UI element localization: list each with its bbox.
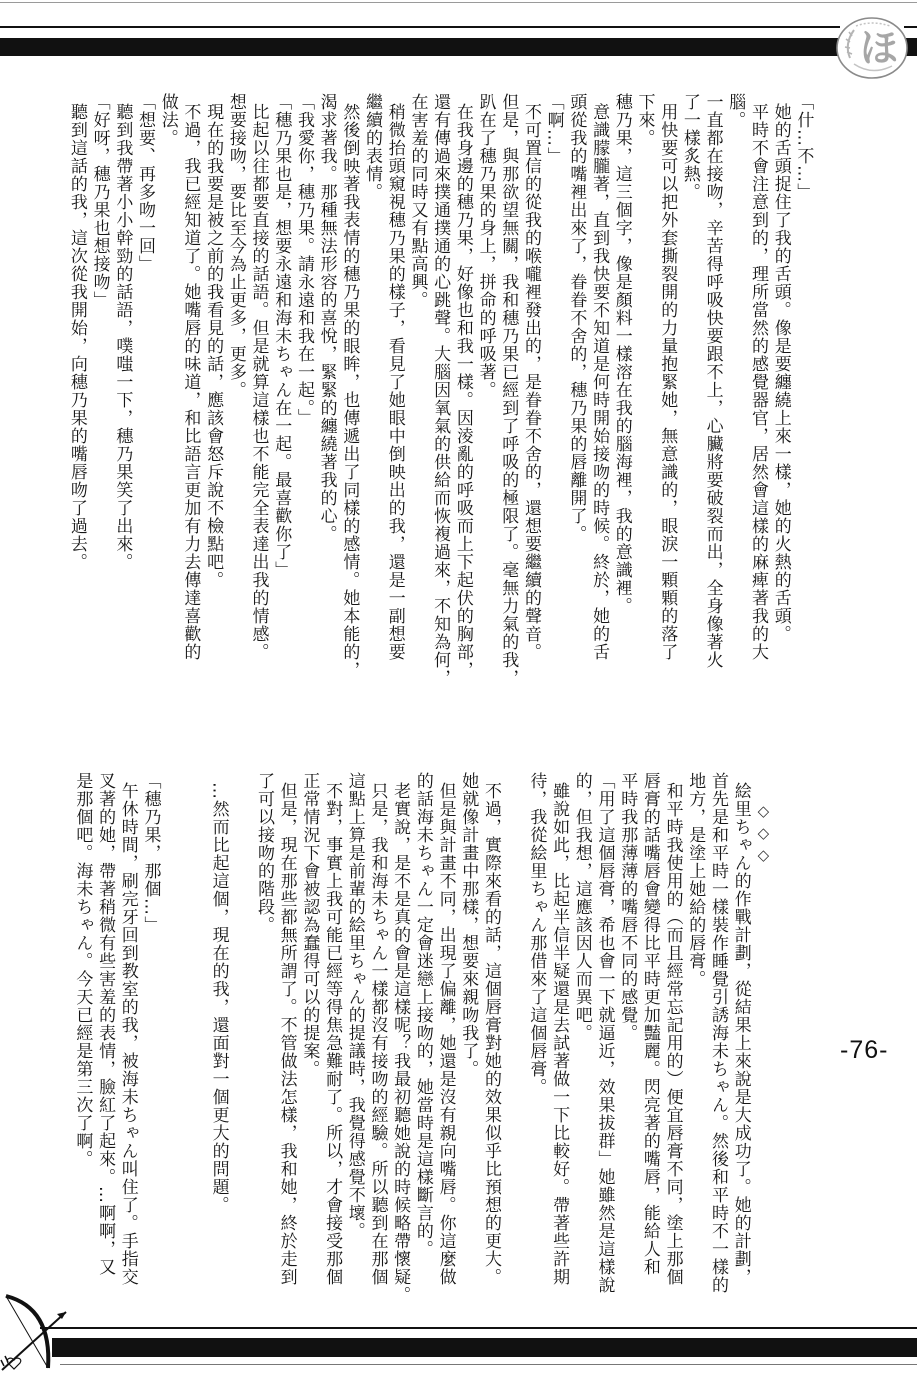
text-line: 聽到這話的我，這次從我開始，向穗乃果的嘴唇吻了過去。 <box>65 93 88 733</box>
text-line: 只是，我和海未ちゃん一樣都沒有接吻的經驗。所以聽到在那個 <box>366 772 389 1312</box>
text-line: 正常情況下會被認為蠢得可以的提案。 <box>298 772 321 1312</box>
chapter-badge: ほ <box>834 14 910 82</box>
text-line: 她就像計畫中那樣，想要來親吻我了。 <box>457 772 480 1312</box>
text-line: 叉著的她，帶著稍微有些害羞的表情，臉紅了起來。…啊啊，又 <box>93 772 116 1312</box>
text-line: 平時不會注意到的，理所當然的感覺器官，居然會這樣的麻痺著我的大 <box>746 93 769 733</box>
text-line: 在我身邊的穗乃果，好像也和我一樣。因淩亂的呼吸而上下起伏的胸部， <box>451 93 474 733</box>
text-line: 比起以往都要直接的話語。但是就算這樣也不能完全表達出我的情感。 <box>247 93 270 733</box>
text-line: 了可以接吻的階段。 <box>252 772 275 1312</box>
text-line: 和平時我使用的（而且經常忘記用的）便宜唇膏不同，塗上那個 <box>661 772 684 1312</box>
blank-line <box>502 772 525 1312</box>
text-line: 在害羞的同時又有點高興。 <box>406 93 429 733</box>
text-line: 現在的我要是被之前的我看見的話，應該會怒斥說不檢點吧。 <box>201 93 224 733</box>
text-line: 「想要、再多吻一回」 <box>133 93 156 733</box>
text-line: 做法。 <box>156 93 179 733</box>
text-line: 聽到我帶著小小幹勁的話語，噗嗤一下，穗乃果笑了出來。 <box>111 93 134 733</box>
text-line: 「啊…」 <box>542 93 565 733</box>
text-line: 不對，事實上我可能已經等得焦急難耐了。所以，才會接受那個 <box>320 772 343 1312</box>
text-line: 稍微抬頭窺視穗乃果的樣子，看見了她眼中倒映出的我，還是一副想要 <box>383 93 406 733</box>
text-line: 不過，實際來看的話，這個唇膏對她的效果似乎比預想的更大。 <box>479 772 502 1312</box>
text-line: 頭從我的嘴裡出來了，眷眷不舍的，穗乃果的唇離開了。 <box>565 93 588 733</box>
text-line: 趴在了穗乃果的身上，拼命的呼吸著。 <box>474 93 497 733</box>
text-line: 下來。 <box>633 93 656 733</box>
text-line: 「穗乃果，那個…」 <box>139 772 162 1312</box>
header-hairline <box>0 2 917 3</box>
text-line: 用快要可以把外套撕裂開的力量抱緊她，無意識的，眼淚一顆顆的落了 <box>655 93 678 733</box>
text-line: 她的舌頭捉住了我的舌頭。像是要纏繞上來一樣，她的火熱的舌頭。 <box>769 93 792 733</box>
text-line: 渴求著我。那種無法形容的喜悅，緊緊的纏繞著我的心。 <box>315 93 338 733</box>
text-line: 的話海未ちゃん一定會迷戀上接吻的，她當時是這樣斷言的。 <box>411 772 434 1312</box>
text-line: 地方，是塗上她給的唇膏。 <box>684 772 707 1312</box>
text-line: 待，我從絵里ちゃん那借來了這個唇膏。 <box>525 772 548 1312</box>
story-text-bottom: ◇◇◇ 絵里ちゃん的作戰計劃，從結果上來說是大成功了。她的計劃， 首先是和平時一… <box>71 772 775 1312</box>
text-line: 絵里ちゃん的作戰計劃，從結果上來說是大成功了。她的計劃， <box>729 772 752 1312</box>
footer-hairline <box>60 1364 917 1365</box>
text-line: 首先是和平時一樣裝作睡覺引誘海未ちゃん。然後和平時不一樣的 <box>706 772 729 1312</box>
story-text-top: 「什…不…」 她的舌頭捉住了我的舌頭。像是要纏繞上來一樣，她的火熱的舌頭。 平時… <box>65 93 814 733</box>
text-line: …然而比起這個，現在的我，還面對一個更大的問題。 <box>207 772 230 1312</box>
text-line: 意識朦朧著，直到我快要不知道是何時開始接吻的時候。終於，她的舌 <box>587 93 610 733</box>
text-line: 腦。 <box>724 93 747 733</box>
header-thin-rule-left <box>0 26 840 28</box>
blank-line <box>184 772 207 1312</box>
footer-thin-rule <box>40 1327 917 1329</box>
scene-break-diamonds: ◇◇◇ <box>752 772 775 1312</box>
badge-glyph: ほ <box>860 26 898 70</box>
bow-and-arrow-ornament <box>0 1290 80 1373</box>
text-line: 的，但我想，這應該因人而異吧。 <box>570 772 593 1312</box>
page-number: -76- <box>840 1036 888 1065</box>
text-line: 不可置信的從我的喉嚨裡發出的，是眷眷不舍的，還想要繼續的聲音。 <box>519 93 542 733</box>
footer-thick-bar <box>52 1338 917 1357</box>
text-line: 但是，現在那些都無所謂了。不管做法怎樣，我和她，終於走到 <box>275 772 298 1312</box>
blank-line <box>161 772 184 1312</box>
text-line: 唇膏的話嘴唇會變得比平時更加豔麗。閃亮著的嘴唇，能給人和 <box>638 772 661 1312</box>
text-line: 繼續的表情。 <box>360 93 383 733</box>
text-line: 是那個吧。海未ちゃん。今天已經是第三次了啊。 <box>71 772 94 1312</box>
text-line: 還有傳過來撲通撲通的心跳聲。大腦因氧氣的供給而恢複過來，不知為何， <box>428 93 451 733</box>
text-line: 然後倒映著我表情的穗乃果的眼眸，也傳遞出了同樣的感情。她本能的， <box>338 93 361 733</box>
text-line: 平時我那薄薄的嘴唇不同的感覺。 <box>615 772 638 1312</box>
text-line: 穗乃果，這三個字，像是顏料一樣溶在我的腦海裡，我的意識裡。 <box>610 93 633 733</box>
text-line: 但是，與那欲望無關，我和穗乃果已經到了呼吸的極限了。毫無力氣的我， <box>497 93 520 733</box>
text-line: 一直都在接吻，辛苦得呼吸快要跟不上，心臟將要破裂而出，全身像著火 <box>701 93 724 733</box>
text-line: 「我愛你，穗乃果。請永遠和我在一起。」 <box>292 93 315 733</box>
text-line: 這點上算是前輩的絵里ちゃん的提議時，我覺得感覺不壞。 <box>343 772 366 1312</box>
blank-line <box>230 772 253 1312</box>
header-thick-bar-left <box>0 38 838 56</box>
text-line: 「穗乃果也是，想要永遠和海未ちゃん在一起。最喜歡你了」 <box>270 93 293 733</box>
text-line: 雖說如此，比起半信半疑還是去試著做一下比較好。帶著些許期 <box>547 772 570 1312</box>
bow-arrow-icon <box>0 1290 80 1373</box>
text-line: 「好呀，穗乃果也想接吻」 <box>88 93 111 733</box>
text-line: 「用了這個唇膏，希也會一下就逼近，效果拔群」她雖然是這樣說 <box>593 772 616 1312</box>
text-line: 不過，我已經知道了。她嘴唇的味道，和比語言更加有力去傳達喜歡的 <box>179 93 202 733</box>
text-line: 老實說，是不是真的會是這樣呢？我最初聽她說的時候略帶懷疑。 <box>388 772 411 1312</box>
text-line: 「什…不…」 <box>792 93 815 733</box>
text-line: 但是與計畫不同，出現了偏離，她還是沒有親向嘴唇。你這麼做 <box>434 772 457 1312</box>
text-line: 午休時間，刷完牙回到教室的我，被海未ちゃん叫住了。手指交 <box>116 772 139 1312</box>
text-line: 想要接吻，要比至今為止更多，更多。 <box>224 93 247 733</box>
text-line: 了一樣炙熱。 <box>678 93 701 733</box>
